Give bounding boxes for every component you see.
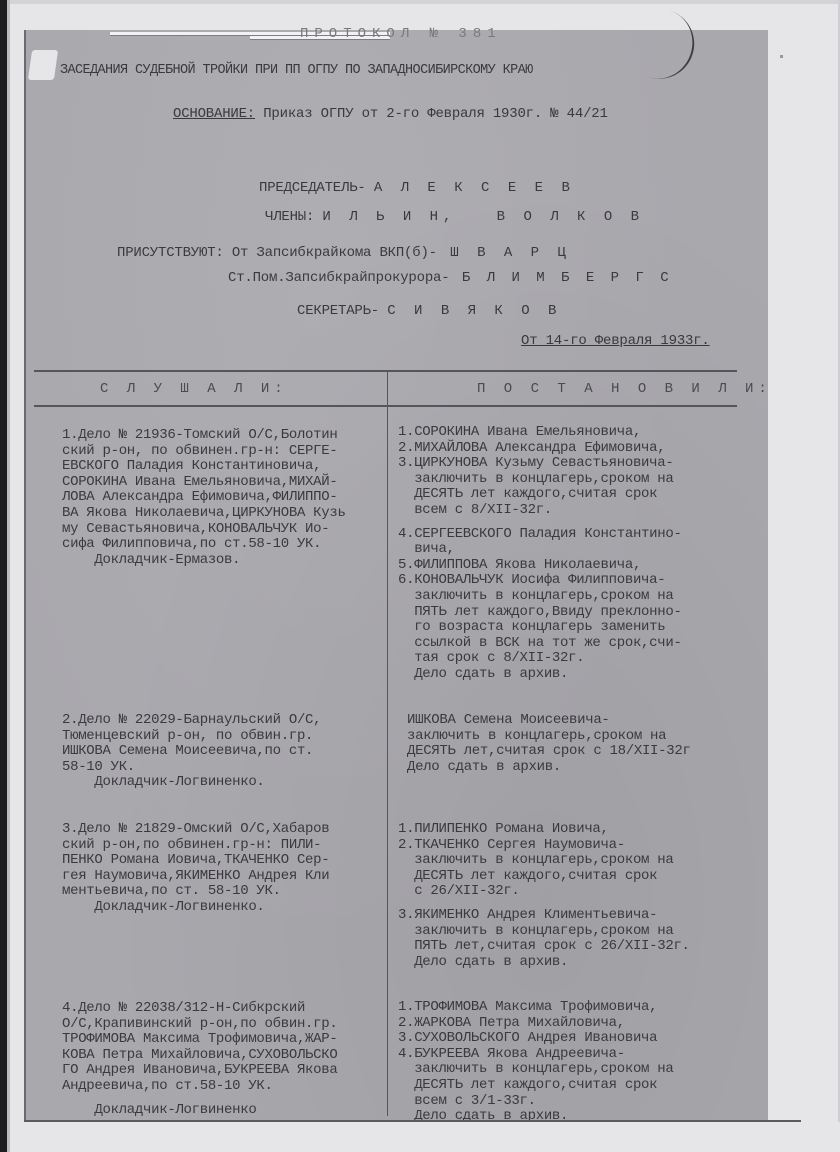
text-line: ский р-он, по обвинен.гр-н: СЕРГЕ- (62, 444, 346, 460)
col-header-decided: П О С Т А Н О В И Л И: (477, 381, 772, 398)
text-line: ский р-он,по обвинен.гр-н: ПИЛИ- (62, 838, 329, 854)
text-line: ПЯТЬ лет,считая срок с 26/XII-32г. (398, 939, 690, 955)
secretary-label: СЕКРЕТАРЬ- (297, 303, 379, 319)
text-line: 6.КОНОВАЛЬЧУК Иосифа Филипповича- (398, 573, 682, 589)
present-1-text: От Запсибкрайкома ВКП(б)- (224, 245, 437, 261)
chairman-name: А Л Е К С Е Е В (374, 180, 575, 196)
text-line: ВА Якова Николаевича,ЦИРКУНОВА Кузь (62, 506, 346, 522)
text-line: Тюменцевский р-он, по обвин.гр. (62, 729, 321, 745)
text-line: ЕВСКОГО Паладия Константиновича, (62, 459, 346, 475)
protocol-date: От 14-го Февраля 1933г. (521, 333, 710, 350)
text-line: 1.ПИЛИПЕНКО Романа Иовича, (398, 822, 690, 838)
text-line: 5.ФИЛИППОВА Якова Николаевича, (398, 558, 682, 574)
text-line: заключить в концлагерь,сроком на (407, 729, 691, 745)
basis-text: Приказ ОГПУ от 2-го Февраля 1930г. № 44/… (255, 106, 608, 122)
text-line: 3.ЦИРКУНОВА Кузьму Севастьяновича- (398, 456, 682, 472)
text-line: ТРОФИМОВА Максима Трофимовича,ЖАР- (62, 1032, 337, 1048)
members-line: ЧЛЕНЫ: И Л Ь И Н, В О Л К О В (265, 209, 644, 226)
text-line: заключить в концлагерь,сроком на (398, 472, 682, 488)
chairman-label: ПРЕДСЕДАТЕЛЬ- (259, 180, 366, 196)
text-line: Андреевича,по ст.58-10 УК. (62, 1079, 337, 1095)
secretary-name: С И В Я К О В (387, 303, 561, 319)
text-line: ДЕСЯТЬ лет,считая срок с 18/XII-32г (407, 744, 691, 760)
text-line: ПЯТЬ лет каждого,Ввиду преклонно- (398, 605, 682, 621)
case-3-heard: 3.Дело № 21829-Омский О/С,Хабаровский р-… (62, 822, 329, 916)
text-line: заключить в концлагерь,сроком на (398, 924, 690, 940)
text-line: ИШКОВА Семена Моисеевича- (407, 713, 691, 729)
text-line: с 26/XII-32г. (398, 884, 690, 900)
text-line: 58-10 УК. (62, 760, 321, 776)
page-bottom-margin (24, 1122, 840, 1152)
text-line: ГО Андрея Ивановича,БУКРЕЕВА Якова (62, 1063, 337, 1079)
text-line: 2.ЖАРКОВА Петра Михайловича, (398, 1016, 673, 1032)
protocol-title: ПРОТОКОЛ № 381 (300, 26, 502, 43)
text-line: 2.МИХАЙЛОВА Александра Ефимовича, (398, 441, 682, 457)
text-line: сифа Филипповича,по ст.58-10 УК. (62, 537, 346, 553)
text-line: заключить в концлагерь,сроком на (398, 589, 682, 605)
document-heading: ЗАСЕДАНИЯ СУДЕБНОЙ ТРОЙКИ ПРИ ПП ОГПУ ПО… (60, 62, 533, 79)
case-3-decided: 1.ПИЛИПЕНКО Романа Иовича,2.ТКАЧЕНКО Сер… (398, 822, 690, 970)
text-line: 4.БУКРЕЕВА Якова Андреевича- (398, 1047, 673, 1063)
case-2-heard: 2.Дело № 22029-Барнаульский О/С,Тюменцев… (62, 713, 321, 791)
text-line: всем с 3/1-33г. (398, 1094, 673, 1110)
text-line: 4.СЕРГЕЕВСКОГО Паладия Константино- (398, 527, 682, 543)
text-line: КОВА Петра Михайловича,СУХОВОЛЬСКО (62, 1048, 337, 1064)
text-line: вича, (398, 542, 682, 558)
case-2-decided: ИШКОВА Семена Моисеевича-заключить в кон… (407, 713, 691, 775)
text-line: му Севастьяновича,КОНОВАЛЬЧУК Ио- (62, 522, 346, 538)
text-line: ИШКОВА Семена Моисеевича,по ст. (62, 744, 321, 760)
present-label: ПРИСУТСТВУЮТ: (117, 245, 224, 261)
text-line: ментьевича,по ст. 58-10 УК. (62, 884, 329, 900)
dust-mark (780, 55, 783, 58)
text-line: заключить в концлагерь,сроком на (398, 1062, 673, 1078)
text-line: ссылкой в ВСК на тот же срок,счи- (398, 636, 682, 652)
text-line: го возраста концлагерь заменить (398, 620, 682, 636)
text-line: 1.Дело № 21936-Томский О/С,Болотин (62, 428, 346, 444)
table-header-rule (34, 405, 737, 407)
page-bottom-rule (24, 1120, 801, 1122)
text-line: 3.ЯКИМЕНКО Андрея Климентьевича- (398, 908, 690, 924)
text-line: всем с 8/XII-32г. (398, 503, 682, 519)
scan-left-margin (7, 0, 10, 1152)
text-line: Докладчик-Логвиненко (62, 1103, 337, 1119)
text-line: Дело сдать в архив. (398, 667, 682, 683)
table-column-divider (387, 371, 388, 1116)
text-line: 2.Дело № 22029-Барнаульский О/С, (62, 713, 321, 729)
text-line: тая срок с 8/XII-32г. (398, 651, 682, 667)
text-line: ДЕСЯТЬ лет каждого,считая срок (398, 869, 690, 885)
members-label: ЧЛЕНЫ: (265, 209, 314, 225)
text-line: Докладчик-Логвиненко. (62, 900, 329, 916)
text-line: ДЕСЯТЬ лет каждого,считая срок (398, 1078, 673, 1094)
text-line: Докладчик-Логвиненко. (62, 775, 321, 791)
text-line: 4.Дело № 22038/312-Н-Сибкрский (62, 1001, 337, 1017)
scan-top-shadow (10, 0, 840, 4)
present-line-2: Ст.Пом.Запсибкрайпрокурора- Б Л И М Б Е … (228, 270, 673, 287)
case-4-decided: 1.ТРОФИМОВА Максима Трофимовича,2.ЖАРКОВ… (398, 1000, 673, 1125)
present-1-name: Ш В А Р Ц (437, 245, 571, 261)
text-line: О/С,Крапивинский р-он,по обвин.гр. (62, 1017, 337, 1033)
text-line: Докладчик-Ермазов. (62, 553, 346, 569)
text-line: 2.ТКАЧЕНКО Сергея Наумовича- (398, 838, 690, 854)
torn-corner (28, 50, 58, 80)
case-4-heard: 4.Дело № 22038/312-Н-СибкрскийО/С,Крапив… (62, 1001, 337, 1118)
text-line: гея Наумовича,ЯКИМЕНКО Андрея Кли (62, 869, 329, 885)
case-1-decided: 1.СОРОКИНА Ивана Емельяновича,2.МИХАЙЛОВ… (398, 425, 682, 683)
basis-line: ОСНОВАНИЕ: Приказ ОГПУ от 2-го Февраля 1… (173, 106, 608, 123)
text-line: 3.Дело № 21829-Омский О/С,Хабаров (62, 822, 329, 838)
present-2-text: Ст.Пом.Запсибкрайпрокурора- (228, 270, 449, 286)
text-line: заключить в концлагерь,сроком на (398, 853, 690, 869)
text-line: 1.ТРОФИМОВА Максима Трофимовича, (398, 1000, 673, 1016)
text-line: 3.СУХОВОЛЬСКОГО Андрея Ивановича (398, 1031, 673, 1047)
basis-label: ОСНОВАНИЕ: (173, 106, 255, 122)
table-top-rule (34, 370, 737, 372)
text-line: 1.СОРОКИНА Ивана Емельяновича, (398, 425, 682, 441)
present-line-1: ПРИСУТСТВУЮТ: От Запсибкрайкома ВКП(б)- … (117, 245, 571, 262)
text-line: СОРОКИНА Ивана Емельяновича,МИХАЙ- (62, 475, 346, 491)
chairman-line: ПРЕДСЕДАТЕЛЬ- А Л Е К С Е Е В (259, 180, 575, 197)
present-2-name: Б Л И М Б Е Р Г С (449, 270, 672, 286)
members-names: И Л Ь И Н, В О Л К О В (322, 209, 644, 225)
scan-left-edge (0, 0, 7, 1152)
text-line: ПЕНКО Романа Иовича,ТКАЧЕНКО Сер- (62, 853, 329, 869)
text-line: Дело сдать в архив. (398, 955, 690, 971)
text-line: ДЕСЯТЬ лет каждого,считая срок (398, 487, 682, 503)
col-header-heard: С Л У Ш А Л И: (100, 381, 288, 398)
text-line: ЛОВА Александра Ефимовича,ФИЛИППО- (62, 490, 346, 506)
secretary-line: СЕКРЕТАРЬ- С И В Я К О В (297, 303, 561, 320)
text-line: Дело сдать в архив. (407, 760, 691, 776)
case-1-heard: 1.Дело № 21936-Томский О/С,Болотинский р… (62, 428, 346, 568)
